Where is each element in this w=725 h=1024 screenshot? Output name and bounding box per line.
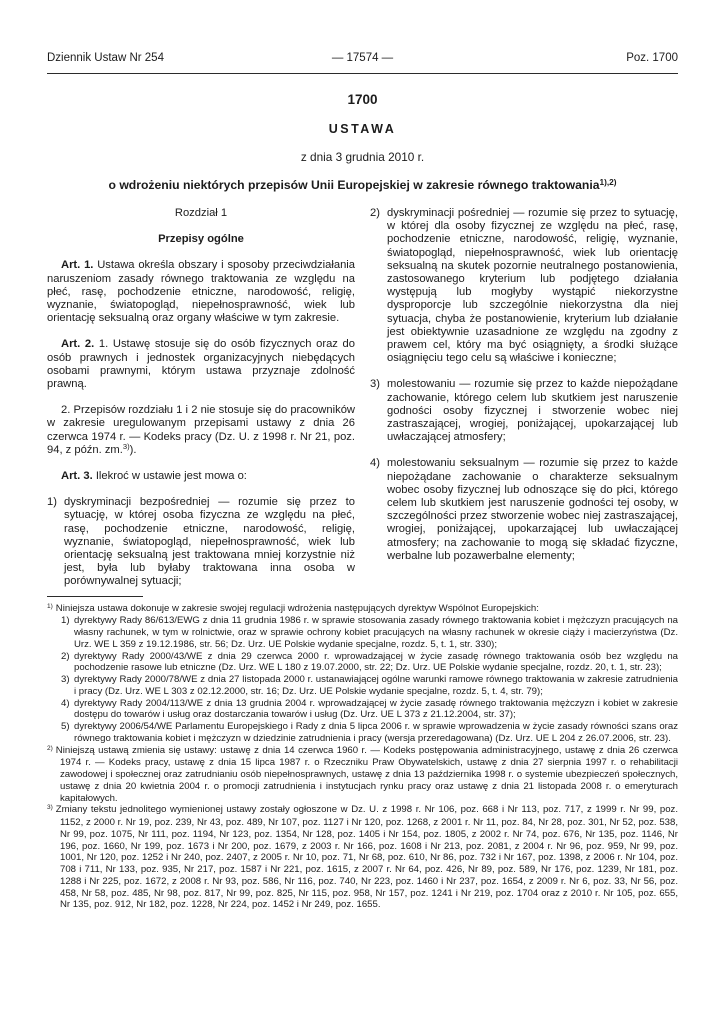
header-divider (47, 73, 678, 74)
kodeks-pracy-footnote-ref: 3) (123, 442, 130, 451)
definition-item-3: 3)molestowaniu — rozumie się przez to ka… (370, 378, 678, 444)
footnote-1-item-4: 4)dyrektywy Rady 2004/113/WE z dnia 13 g… (47, 698, 678, 722)
act-subject-text: o wdrożeniu niektórych przepisów Unii Eu… (108, 178, 599, 192)
running-header: Dziennik Ustaw Nr 254 — 17574 — Poz. 170… (47, 52, 678, 65)
footnote-1-item-4-number: 4) (61, 698, 74, 710)
article-2-paragraph-2-closing: ). (130, 444, 137, 456)
footnote-1-intro: Niniejsza ustawa dokonuje w zakresie swo… (56, 603, 539, 614)
footnote-1: 1)Niniejsza ustawa dokonuje w zakresie s… (47, 603, 678, 616)
definition-2-text: dyskryminacji pośredniej — rozumie się p… (387, 207, 678, 364)
footnote-1-item-3-number: 3) (61, 674, 74, 686)
footnote-1-item-5: 5)dyrektywy 2006/54/WE Parlamentu Europe… (47, 721, 678, 745)
footnote-1-item-3: 3)dyrektywy Rady 2000/78/WE z dnia 27 li… (47, 674, 678, 698)
article-1-paragraph: Art. 1. Ustawa określa obszary i sposoby… (47, 259, 355, 325)
footnote-1-item-2-text: dyrektywy Rady 2000/43/WE z dnia 29 czer… (74, 651, 678, 674)
article-2-paragraph-2: 2. Przepisów rozdziału 1 i 2 nie stosuje… (47, 404, 355, 457)
footnote-3-marker: 3) (47, 804, 53, 811)
footnote-1-item-1-text: dyrektywy Rady 86/613/EWG z dnia 11 grud… (74, 615, 678, 650)
footnote-1-item-5-number: 5) (61, 721, 74, 733)
article-2-paragraph-1-text: 1. Ustawę stosuje się do osób fizycznych… (47, 338, 355, 390)
left-column: Rozdział 1 Przepisy ogólne Art. 1. Ustaw… (47, 207, 355, 589)
footnotes-section: 1)Niniejsza ustawa dokonuje w zakresie s… (47, 603, 678, 912)
article-3-paragraph: Art. 3. Ilekroć w ustawie jest mowa o: (47, 470, 355, 483)
act-item-number: 1700 (47, 92, 678, 107)
footnote-2-text: Niniejszą ustawą zmienia się ustawy: ust… (56, 745, 678, 804)
definition-3-text: molestowaniu — rozumie się przez to każd… (387, 378, 678, 443)
definition-4-number: 4) (370, 457, 387, 470)
journal-number: Dziennik Ustaw Nr 254 (47, 52, 332, 65)
definition-item-4: 4)molestowaniu seksualnym — rozumie się … (370, 457, 678, 563)
footnote-1-item-2-number: 2) (61, 651, 74, 663)
footnote-1-item-4-text: dyrektywy Rady 2004/113/WE z dnia 13 gru… (74, 698, 678, 721)
footnote-1-item-2: 2)dyrektywy Rady 2000/43/WE z dnia 29 cz… (47, 651, 678, 675)
right-column: 2)dyskryminacji pośredniej — rozumie się… (370, 207, 678, 589)
footnote-3: 3)Zmiany tekstu jednolitego wymienionej … (47, 804, 678, 911)
footnote-2: 2)Niniejszą ustawą zmienia się ustawy: u… (47, 745, 678, 805)
footnote-2-marker: 2) (47, 745, 53, 752)
chapter-title: Przepisy ogólne (47, 233, 355, 246)
article-1-text: Ustawa określa obszary i sposoby przeciw… (47, 259, 355, 324)
chapter-number: Rozdział 1 (47, 207, 355, 220)
definition-item-1: 1)dyskryminacji bezpośredniej — rozumie … (47, 496, 355, 588)
footnote-1-item-3-text: dyrektywy Rady 2000/78/WE z dnia 27 list… (74, 674, 678, 697)
footnote-1-item-1-number: 1) (61, 615, 74, 627)
subject-footnote-refs: 1),2) (599, 177, 616, 187)
definition-4-text: molestowaniu seksualnym — rozumie się pr… (387, 457, 678, 561)
definition-2-number: 2) (370, 207, 387, 220)
gazette-page: Dziennik Ustaw Nr 254 — 17574 — Poz. 170… (0, 0, 725, 1024)
title-block: 1700 USTAWA z dnia 3 grudnia 2010 r. o w… (47, 92, 678, 192)
article-1-label: Art. 1. (61, 259, 93, 271)
footnote-divider (47, 596, 143, 597)
definition-1-text: dyskryminacji bezpośredniej — rozumie si… (64, 496, 355, 587)
body-columns: Rozdział 1 Przepisy ogólne Art. 1. Ustaw… (47, 207, 678, 589)
footnote-1-item-1: 1)dyrektywy Rady 86/613/EWG z dnia 11 gr… (47, 615, 678, 650)
definition-1-number: 1) (47, 496, 64, 509)
footnote-1-marker: 1) (47, 603, 53, 610)
page-number: — 17574 — (332, 52, 393, 65)
footnote-3-text: Zmiany tekstu jednolitego wymienionej us… (56, 804, 678, 910)
article-3-text: Ilekroć w ustawie jest mowa o: (96, 470, 247, 482)
article-2-paragraph-2-text: 2. Przepisów rozdziału 1 i 2 nie stosuje… (47, 404, 355, 456)
definition-item-2: 2)dyskryminacji pośredniej — rozumie się… (370, 207, 678, 365)
act-type-heading: USTAWA (47, 122, 678, 136)
position-number: Poz. 1700 (393, 52, 678, 65)
article-2-label: Art. 2. (61, 338, 94, 350)
footnote-1-item-5-text: dyrektywy 2006/54/WE Parlamentu Europejs… (74, 721, 678, 744)
article-2-paragraph-1: Art. 2. 1. Ustawę stosuje się do osób fi… (47, 338, 355, 391)
act-date: z dnia 3 grudnia 2010 r. (47, 150, 678, 164)
article-3-label: Art. 3. (61, 470, 93, 482)
act-subject: o wdrożeniu niektórych przepisów Unii Eu… (47, 178, 678, 192)
definition-3-number: 3) (370, 378, 387, 391)
